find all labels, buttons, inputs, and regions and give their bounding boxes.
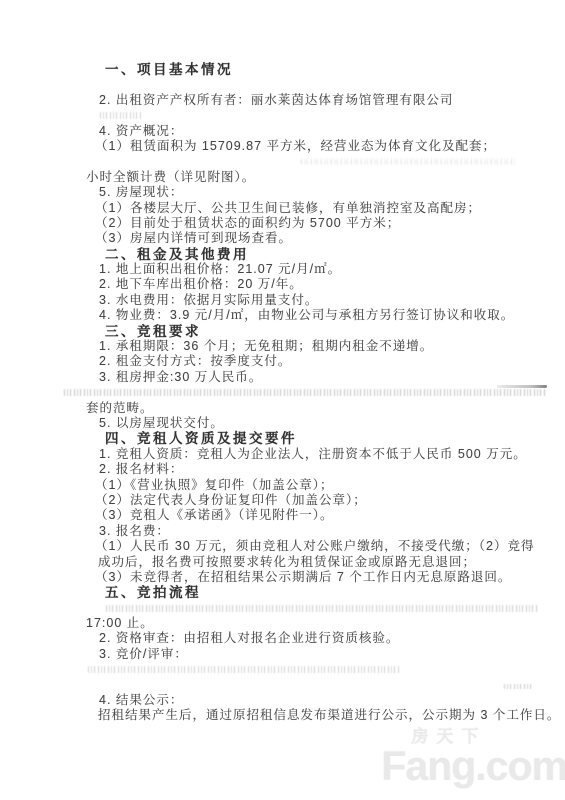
doc-line: 1. 地上面积出租价格：21.07 元/月/㎡。: [86, 262, 561, 277]
illegible-scan-noise: [86, 601, 561, 616]
doc-line: （2）目前处于租赁状态的面积约为 5700 平方米；: [86, 216, 561, 231]
doc-line: （1）各楼层大厅、公共卫生间已装修，有单独消控室及高配房；: [86, 201, 561, 216]
doc-line: 4. 物业费：3.9 元/月/㎡，由物业公司与承租方另行签订协议和收取。: [86, 308, 561, 323]
section-heading-5: 五、竞拍流程: [86, 585, 561, 600]
illegible-scan-noise: [86, 662, 561, 677]
doc-line: 成功后，报名费可按照要求转化为租赁保证金或原路无息退回；: [86, 555, 561, 570]
doc-line: 17:00 止。: [86, 616, 561, 631]
scan-smudge-artifact: [300, 160, 515, 164]
doc-line: 2. 地下车库出租价格：20 万/年。: [86, 277, 561, 292]
doc-line: 4. 结果公示：: [86, 693, 561, 708]
doc-line: （1）《营业执照》复印件（加盖公章）；: [86, 478, 561, 493]
illegible-scan-noise: [86, 385, 561, 400]
doc-line: 5. 以房屋现状交付。: [86, 416, 561, 431]
doc-line: 小时全额计费（详见附图）。: [86, 170, 561, 185]
doc-line: （1）人民币 30 万元，须由竞租人对公账户缴纳，不接受代缴；（2）竞得: [86, 539, 561, 554]
doc-line: （1）租赁面积为 15709.87 平方米，经营业态为体育文化及配套；: [86, 139, 561, 154]
doc-line: 套的范畴。: [86, 401, 561, 416]
illegible-scan-noise: [86, 678, 561, 693]
section-heading-3: 三、竞租要求: [86, 324, 561, 339]
doc-line: 3. 租房押金:30 万人民币。: [86, 370, 561, 385]
doc-line: 3. 水电费用：依据月实际用量支付。: [86, 293, 561, 308]
doc-line: 1. 竞租人资质：竞租人为企业法人，注册资本不低于人民币 500 万元。: [86, 447, 561, 462]
illegible-scan-noise: [86, 108, 561, 123]
doc-line: 3. 竞价/评审：: [86, 647, 561, 662]
section-heading-4: 四、竞租人资质及提交要件: [86, 431, 561, 446]
fang-watermark: 房天下 Fang.com: [381, 722, 565, 790]
watermark-cn-text: 房天下: [411, 722, 565, 747]
doc-line: （3）房屋内详情可到现场查看。: [86, 231, 561, 246]
scanned-document-page: 一、项目基本情况 2. 出租资产产权所有者：丽水莱茵达体育场馆管理有限公司 4.…: [0, 0, 565, 800]
watermark-latin-text: Fang.com: [381, 743, 565, 790]
doc-line: 1. 承租期限：36 个月；无免租期；租期内租金不递增。: [86, 339, 561, 354]
doc-line: 4. 资产概况：: [86, 124, 561, 139]
blank-line: [86, 77, 561, 92]
doc-line: （3）竞租人《承诺函》（详见附件一）。: [86, 508, 561, 523]
section-heading-2: 二、租金及其他费用: [86, 247, 561, 262]
doc-line: 2. 报名材料：: [86, 462, 561, 477]
doc-line: 招租结果产生后，通过原招租信息发布渠道进行公示，公示期为 3 个工作日。: [86, 708, 561, 723]
doc-line: 2. 资格审查：由招租人对报名企业进行资质核验。: [86, 631, 561, 646]
doc-line: 5. 房屋现状：: [86, 185, 561, 200]
doc-line: 3. 报名费：: [86, 524, 561, 539]
doc-line: （3）未竞得者，在招租结果公示期满后 7 个工作日内无息原路退回。: [86, 570, 561, 585]
scan-dash-artifact: [497, 385, 547, 388]
section-heading-1: 一、项目基本情况: [86, 62, 561, 77]
doc-line: 2. 租金支付方式：按季度支付。: [86, 354, 561, 369]
doc-line: 2. 出租资产产权所有者：丽水莱茵达体育场馆管理有限公司: [86, 93, 561, 108]
doc-line: （2）法定代表人身份证复印件（加盖公章）；: [86, 493, 561, 508]
